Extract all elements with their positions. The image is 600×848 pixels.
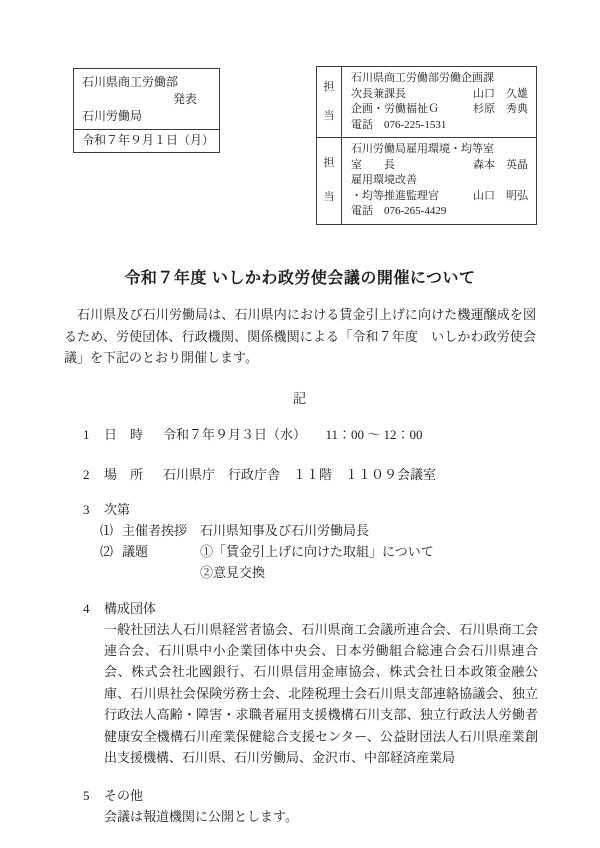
item-number: 4 bbox=[83, 598, 104, 619]
contact-line: 石川県商工労働部労働企画課 bbox=[351, 71, 528, 87]
item-text: 令和７年９月３日（水） 11：00 ～ 12：00 bbox=[163, 424, 538, 445]
item-label: その他 bbox=[104, 785, 143, 806]
contact-role: ・均等推進監理官 bbox=[351, 189, 439, 205]
contact-lines: 石川県商工労働部労働企画課 次長兼課長 山口 久雄 企画・労働福祉Ｇ 杉原 秀典… bbox=[342, 67, 536, 137]
other-paragraph: 会議は報道機関に公開とします。 bbox=[104, 806, 538, 827]
topic-line: ①「賃金引上げに向けた取組」について bbox=[200, 541, 538, 562]
agenda-subitem-greeting: ⑴ 主催者挨拶 石川県知事及び石川労働局長 bbox=[100, 520, 538, 541]
contact-role-label: 担 当 bbox=[317, 138, 342, 224]
subitem-number: ⑴ bbox=[100, 520, 122, 541]
contact-box: 担 当 石川県商工労働部労働企画課 次長兼課長 山口 久雄 企画・労働福祉Ｇ 杉… bbox=[316, 66, 537, 225]
contact-name: 山口 久雄 bbox=[473, 87, 528, 103]
contact-line: ・均等推進監理官 山口 明弘 bbox=[351, 189, 528, 205]
contact-line: 企画・労働福祉Ｇ 杉原 秀典 bbox=[351, 102, 528, 118]
subitem-label: 議題 bbox=[122, 541, 200, 583]
item-members: 4 構成団体 bbox=[83, 598, 538, 619]
contact-role: 企画・労働福祉Ｇ bbox=[351, 102, 439, 118]
contact-line: 電話 076-225-1531 bbox=[351, 118, 528, 134]
release-date: 令和７年９月１日（月） bbox=[74, 129, 219, 152]
item-number: 5 bbox=[83, 785, 104, 806]
contact-line: 石川労働局雇用環境・均等室 bbox=[351, 142, 528, 158]
contact-row-prefecture: 担 当 石川県商工労働部労働企画課 次長兼課長 山口 久雄 企画・労働福祉Ｇ 杉… bbox=[317, 67, 536, 137]
contact-role-label: 担 当 bbox=[317, 67, 342, 137]
contact-name: 森本 英晶 bbox=[473, 158, 528, 174]
subitem-text: 石川県知事及び石川労働局長 bbox=[200, 520, 538, 541]
contact-lines: 石川労働局雇用環境・均等室 室 長 森本 英晶 雇用環境改善 ・均等推進監理官 … bbox=[342, 138, 536, 224]
contact-role: 室 長 bbox=[351, 158, 395, 174]
contact-line: 室 長 森本 英晶 bbox=[351, 158, 528, 174]
role-char: 担 bbox=[324, 156, 335, 172]
contact-phone: 電話 076-265-4429 bbox=[351, 204, 446, 220]
item-number: 1 bbox=[83, 424, 104, 445]
press-release-page: 石川県商工労働部 発表 石川労働局 令和７年９月１日（月） 担 当 石川県商工労… bbox=[0, 0, 600, 848]
contact-line: 次長兼課長 山口 久雄 bbox=[351, 87, 528, 103]
item-number: 3 bbox=[83, 499, 104, 520]
publisher-box-top: 石川県商工労働部 発表 石川労働局 bbox=[74, 69, 219, 129]
item-other: 5 その他 bbox=[83, 785, 538, 806]
contact-row-labor-bureau: 担 当 石川労働局雇用環境・均等室 室 長 森本 英晶 雇用環境改善 bbox=[317, 137, 536, 224]
page-title: 令和７年度 いしかわ政労使会議の開催について bbox=[0, 268, 600, 290]
contact-org: 石川県商工労働部労働企画課 bbox=[351, 71, 494, 87]
topic-line: ②意見交換 bbox=[200, 562, 538, 583]
contact-org: 石川労働局雇用環境・均等室 bbox=[351, 142, 494, 158]
role-char: 当 bbox=[324, 109, 335, 125]
subitem-label: 主催者挨拶 bbox=[122, 520, 200, 541]
contact-line: 雇用環境改善 bbox=[351, 173, 528, 189]
contact-role: 次長兼課長 bbox=[351, 87, 406, 103]
item-label: 構成団体 bbox=[104, 598, 156, 619]
intro-paragraph: 石川県及び石川労働局は、石川県内における賃金引上げに向けた機運醸成を図るため、労… bbox=[64, 304, 536, 369]
contact-line: 電話 076-265-4429 bbox=[351, 204, 528, 220]
members-paragraph: 一般社団法人石川県経営者協会、石川県商工会議所連合会、石川県商工会連合会、石川県… bbox=[104, 619, 538, 769]
item-label: 場 所 bbox=[104, 464, 163, 485]
contact-name: 杉原 秀典 bbox=[473, 102, 528, 118]
contact-role: 雇用環境改善 bbox=[351, 173, 417, 189]
role-char: 当 bbox=[324, 190, 335, 206]
contact-phone: 電話 076-225-1531 bbox=[351, 118, 446, 134]
header: 石川県商工労働部 発表 石川労働局 令和７年９月１日（月） 担 当 石川県商工労… bbox=[73, 66, 537, 225]
item-number: 2 bbox=[83, 464, 104, 485]
announce-label: 発表 bbox=[82, 91, 211, 108]
item-label: 次第 bbox=[104, 499, 130, 520]
document-body: 令和７年度 いしかわ政労使会議の開催について 石川県及び石川労働局は、石川県内に… bbox=[0, 268, 600, 828]
item-list: 1 日 時 令和７年９月３日（水） 11：00 ～ 12：00 2 場 所 石川… bbox=[83, 424, 538, 828]
subitem-number: ⑵ bbox=[100, 541, 122, 583]
publisher-bureau: 石川労働局 bbox=[82, 108, 211, 125]
publisher-department: 石川県商工労働部 bbox=[82, 74, 211, 91]
item-label: 日 時 bbox=[104, 424, 163, 445]
agenda-subitem-topics: ⑵ 議題 ①「賃金引上げに向けた取組」について ②意見交換 bbox=[100, 541, 538, 583]
item-datetime: 1 日 時 令和７年９月３日（水） 11：00 ～ 12：00 bbox=[83, 424, 538, 445]
role-char: 担 bbox=[324, 80, 335, 96]
item-place: 2 場 所 石川県庁 行政庁舎 １１階 １１０９会議室 bbox=[83, 464, 538, 485]
subitem-text: ①「賃金引上げに向けた取組」について ②意見交換 bbox=[200, 541, 538, 583]
item-agenda: 3 次第 bbox=[83, 499, 538, 520]
record-heading: 記 bbox=[0, 387, 600, 407]
item-text: 石川県庁 行政庁舎 １１階 １１０９会議室 bbox=[163, 464, 538, 485]
publisher-box: 石川県商工労働部 発表 石川労働局 令和７年９月１日（月） bbox=[73, 68, 220, 153]
contact-name: 山口 明弘 bbox=[473, 189, 528, 205]
